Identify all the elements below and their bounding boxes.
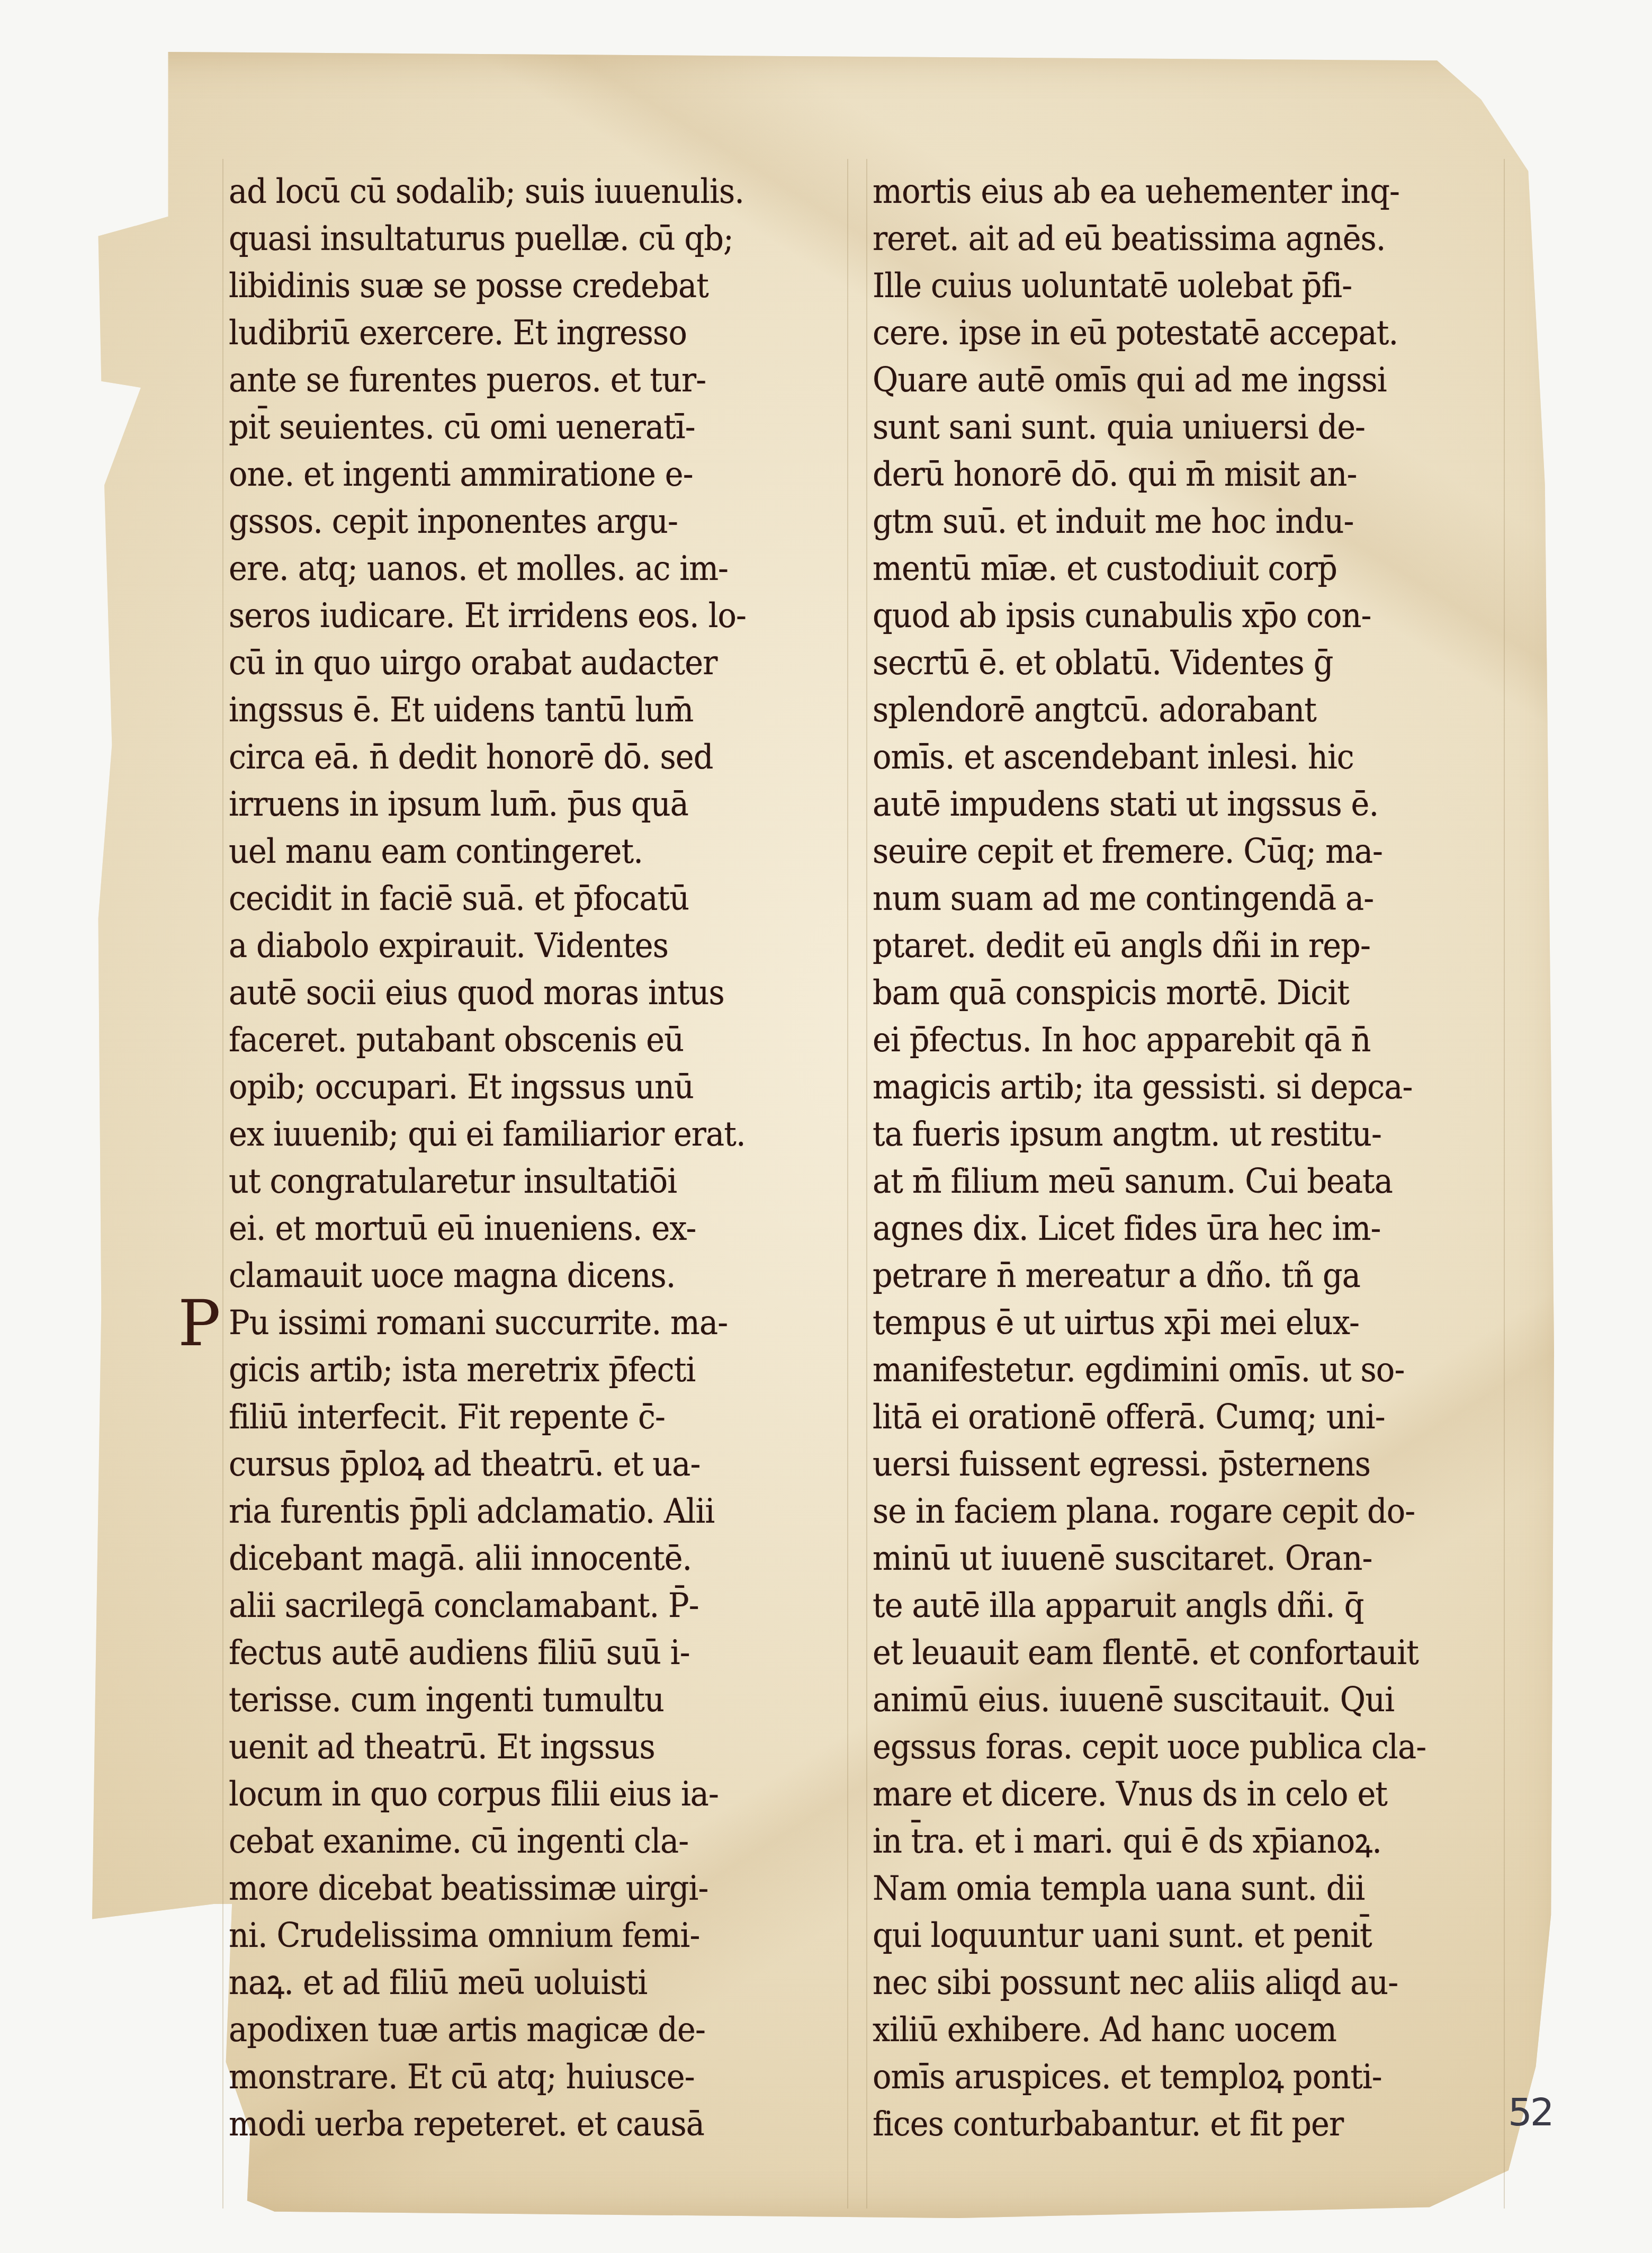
text-line: num suam ad me contingendā a- bbox=[873, 875, 1433, 923]
text-line: libidinis suæ se posse credebat bbox=[229, 263, 789, 310]
left-column-inner-ruling bbox=[847, 159, 848, 2209]
text-line: nec sibi possunt nec aliis aliqd au- bbox=[873, 1960, 1433, 2007]
text-line: ria furentis p̄pli adclamatio. Alii bbox=[229, 1488, 789, 1535]
text-line: gssos. cepit inponentes argu- bbox=[229, 498, 789, 546]
text-line: ludibriū exercere. Et ingresso bbox=[229, 310, 789, 357]
text-line: ei p̄fectus. In hoc apparebit qā n̄ bbox=[873, 1017, 1433, 1064]
text-line: seros iudicare. Et irridens eos. lo- bbox=[229, 593, 789, 640]
text-line: petrare n̄ mereatur a dño. tñ ga bbox=[873, 1253, 1433, 1300]
text-line: at m̄ filium meū sanum. Cui beata bbox=[873, 1158, 1433, 1205]
text-line: secrtū ē. et oblatū. Videntes ḡ bbox=[873, 640, 1433, 687]
text-line: cere. ipse in eū potestatē accepat. bbox=[873, 310, 1433, 357]
text-line: irruens in ipsum lum̄. p̄us quā bbox=[229, 781, 789, 828]
text-line: clamauit uoce magna dicens. bbox=[229, 1253, 789, 1300]
text-line: egssus foras. cepit uoce publica cla- bbox=[873, 1724, 1433, 1771]
text-line: te autē illa apparuit angls dñi. q̄ bbox=[873, 1583, 1433, 1630]
text-line: ei. et mortuū eū inueniens. ex- bbox=[229, 1205, 789, 1253]
text-line: circa eā. n̄ dedit honorē dō. sed bbox=[229, 734, 789, 781]
text-line: monstrare. Et cū atq; huiusce- bbox=[229, 2054, 789, 2101]
text-line: fices conturbabantur. et fit per bbox=[873, 2101, 1433, 2148]
text-line: alii sacrilegā conclamabant. P̄- bbox=[229, 1583, 789, 1630]
text-line: pit̄ seuientes. cū omi ueneratī- bbox=[229, 404, 789, 451]
text-line: seuire cepit et fremere. Cūq; ma- bbox=[873, 828, 1433, 875]
left-column: ad locū cū sodalib; suis iuuenulis. quas… bbox=[229, 168, 838, 2148]
text-line: autē impudens stati ut ingssus ē. bbox=[873, 781, 1433, 828]
text-line: et leuauit eam flentē. et confortauit bbox=[873, 1630, 1433, 1677]
text-line: omīs. et ascendebant inlesi. hic bbox=[873, 734, 1433, 781]
text-line: gtm suū. et induit me hoc indu- bbox=[873, 498, 1433, 546]
text-line: splendorē angtcū. adorabant bbox=[873, 687, 1433, 734]
text-line: Nam omia templa uana sunt. dii bbox=[873, 1865, 1433, 1912]
text-line: cursus p̄ploꝝ ad theatrū. et ua- bbox=[229, 1441, 789, 1488]
right-column-inner-ruling bbox=[1504, 159, 1505, 2209]
text-line: gicis artib; ista meretrix p̄fecti bbox=[229, 1347, 789, 1394]
text-line: sunt sani sunt. quia uniuersi de- bbox=[873, 404, 1433, 451]
text-line: in t̄ra. et i mari. qui ē ds xp̄ianoꝝ. bbox=[873, 1818, 1433, 1865]
text-line: bam quā conspicis mortē. Dicit bbox=[873, 970, 1433, 1017]
text-line: ut congratularetur insultatiōi bbox=[229, 1158, 789, 1205]
text-line: ad locū cū sodalib; suis iuuenulis. bbox=[229, 168, 789, 216]
text-line: omīs aruspices. et temploꝝ ponti- bbox=[873, 2054, 1433, 2101]
text-line: xiliū exhibere. Ad hanc uocem bbox=[873, 2007, 1433, 2054]
text-line: apodixen tuæ artis magicæ de- bbox=[229, 2007, 789, 2054]
text-line: faceret. putabant obscenis eū bbox=[229, 1017, 789, 1064]
text-line: uenit ad theatrū. Et ingssus bbox=[229, 1724, 789, 1771]
text-line: locum in quo corpus filii eius ia- bbox=[229, 1771, 789, 1818]
text-line: naꝝ. et ad filiū meū uoluisti bbox=[229, 1960, 789, 2007]
text-line: ante se furentes pueros. et tur- bbox=[229, 357, 789, 404]
text-line: one. et ingenti ammiratione e- bbox=[229, 451, 789, 498]
text-line: agnes dix. Licet fides ūra hec im- bbox=[873, 1205, 1433, 1253]
text-line: terisse. cum ingenti tumultu bbox=[229, 1677, 789, 1724]
decorated-initial: P bbox=[178, 1292, 221, 1356]
text-line: qui loquuntur uani sunt. et penit̄ bbox=[873, 1912, 1433, 1960]
text-line: litā ei orationē offerā. Cumq; uni- bbox=[873, 1394, 1433, 1441]
text-line: cebat exanime. cū ingenti cla- bbox=[229, 1818, 789, 1865]
text-line: reret. ait ad eū beatissima agnēs. bbox=[873, 216, 1433, 263]
text-line: Pu issimi romani succurrite. ma- bbox=[229, 1300, 789, 1347]
text-line: filiū interfecit. Fit repente c̄- bbox=[229, 1394, 789, 1441]
text-line: se in faciem plana. rogare cepit do- bbox=[873, 1488, 1433, 1535]
text-line: mare et dicere. Vnus ds in celo et bbox=[873, 1771, 1433, 1818]
text-line: fectus autē audiens filiū suū i- bbox=[229, 1630, 789, 1677]
text-line: more dicebat beatissimæ uirgi- bbox=[229, 1865, 789, 1912]
text-line: ta fueris ipsum angtm. ut restitu- bbox=[873, 1111, 1433, 1158]
text-line: dicebant magā. alii innocentē. bbox=[229, 1535, 789, 1583]
left-column-ruling bbox=[222, 159, 223, 2209]
folio-number: 52 bbox=[1508, 2090, 1552, 2134]
text-line: ere. atq; uanos. et molles. ac im- bbox=[229, 546, 789, 593]
text-line: manifestetur. egdimini omīs. ut so- bbox=[873, 1347, 1433, 1394]
text-line: tempus ē ut uirtus xp̄i mei elux- bbox=[873, 1300, 1433, 1347]
right-column-ruling bbox=[866, 159, 867, 2209]
text-line: magicis artib; ita gessisti. si depca- bbox=[873, 1064, 1433, 1111]
text-line: Ille cuius uoluntatē uolebat p̄fi- bbox=[873, 263, 1433, 310]
right-column: mortis eius ab ea uehementer inq- reret.… bbox=[873, 168, 1482, 2148]
text-line: minū ut iuuenē suscitaret. Oran- bbox=[873, 1535, 1433, 1583]
text-line: cū in quo uirgo orabat audacter bbox=[229, 640, 789, 687]
text-line: derū honorē dō. qui m̄ misit an- bbox=[873, 451, 1433, 498]
text-line: autē socii eius quod moras intus bbox=[229, 970, 789, 1017]
text-line: opib; occupari. Et ingssus unū bbox=[229, 1064, 789, 1111]
text-line: ptaret. dedit eū angls dñi in rep- bbox=[873, 923, 1433, 970]
text-line: mortis eius ab ea uehementer inq- bbox=[873, 168, 1433, 216]
text-line: mentū mīæ. et custodiuit corp̄ bbox=[873, 546, 1433, 593]
text-line: animū eius. iuuenē suscitauit. Qui bbox=[873, 1677, 1433, 1724]
text-line: modi uerba repeteret. et causā bbox=[229, 2101, 789, 2148]
text-line: ni. Crudelissima omnium femi- bbox=[229, 1912, 789, 1960]
text-line: a diabolo expirauit. Videntes bbox=[229, 923, 789, 970]
text-line: uersi fuissent egressi. p̄sternens bbox=[873, 1441, 1433, 1488]
text-line: quasi insultaturus puellæ. cū qb; bbox=[229, 216, 789, 263]
text-line: ingssus ē. Et uidens tantū lum̄ bbox=[229, 687, 789, 734]
text-line: Quare autē omīs qui ad me ingssi bbox=[873, 357, 1433, 404]
text-line: ex iuuenib; qui ei familiarior erat. bbox=[229, 1111, 789, 1158]
text-line: quod ab ipsis cunabulis xp̄o con- bbox=[873, 593, 1433, 640]
text-line: cecidit in faciē suā. et p̄focatū bbox=[229, 875, 789, 923]
text-line: uel manu eam contingeret. bbox=[229, 828, 789, 875]
